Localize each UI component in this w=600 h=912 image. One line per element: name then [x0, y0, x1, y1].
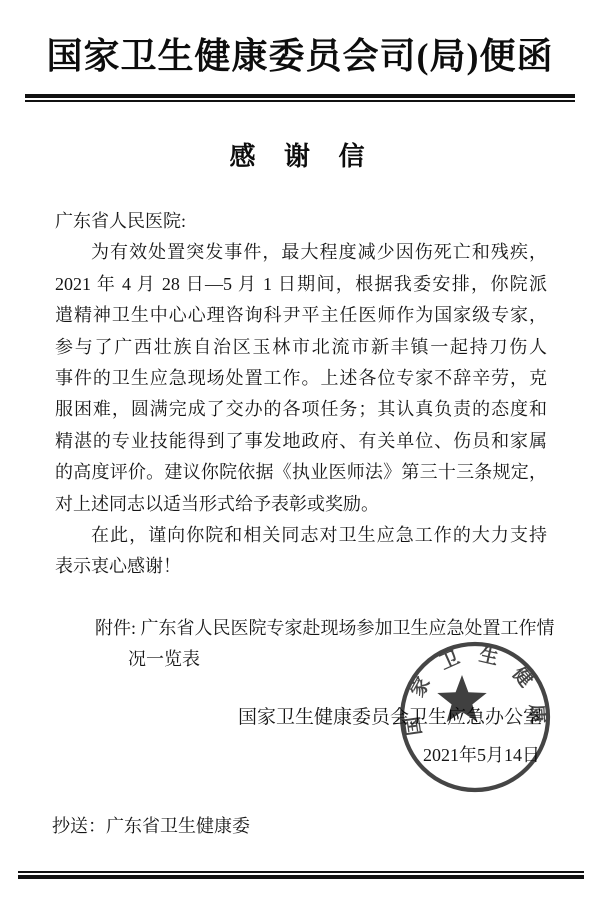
body-line: 表示衷心感谢！ — [55, 551, 547, 582]
body-line: 在此，谨向你院和相关同志对卫生应急工作的大力支持 — [55, 520, 547, 551]
signature-org: 国家卫生健康委员会卫生应急办公室 — [238, 705, 542, 731]
body-line: 参与了广西壮族自治区玉林市北流市新丰镇一起持刀伤人 — [55, 332, 547, 363]
body-line: 2021 年 4 月 28 日—5 月 1 日期间，根据我委安排，你院派 — [55, 269, 547, 300]
footer-divider-thin — [18, 871, 584, 873]
footer-divider-thick — [18, 875, 584, 879]
salutation: 广东省人民医院: — [55, 206, 547, 237]
letterhead-title: 国家卫生健康委员会司(局)便函 — [0, 34, 600, 78]
signature-block: 国家卫生健康委员会卫生应急办公室 2021年5月14日 — [238, 705, 542, 768]
header-divider-thin — [25, 100, 575, 102]
body-line: 遣精神卫生中心心理咨询科尹平主任医师作为国家级专家， — [55, 300, 547, 331]
attachment-note: 附件: 广东省人民医院专家赴现场参加卫生应急处置工作情 况一览表 — [95, 613, 555, 676]
letter-title: 感 谢 信 — [0, 136, 600, 173]
header-divider-thick — [25, 94, 575, 98]
attachment-line-2: 况一览表 — [95, 644, 555, 675]
attachment-line-1: 附件: 广东省人民医院专家赴现场参加卫生应急处置工作情 — [95, 613, 555, 644]
letter-body: 广东省人民医院: 为有效处置突发事件，最大程度减少因伤死亡和残疾， 2021 年… — [55, 206, 547, 583]
body-line: 对上述同志以适当形式给予表彰或奖励。 — [55, 489, 547, 520]
signature-date: 2021年5月14日 — [238, 742, 542, 768]
body-line: 事件的卫生应急现场处置工作。上述各位专家不辞辛劳，克 — [55, 363, 547, 394]
body-line: 服困难，圆满完成了交办的各项任务；其认真负责的态度和 — [55, 394, 547, 425]
body-line: 的高度评价。建议你院依据《执业医师法》第三十三条规定， — [55, 457, 547, 488]
body-line: 为有效处置突发事件，最大程度减少因伤死亡和残疾， — [55, 237, 547, 268]
body-line: 精湛的专业技能得到了事发地政府、有关单位、伤员和家属 — [55, 426, 547, 457]
cc-line: 抄送：广东省卫生健康委 — [52, 812, 250, 838]
letter-page: 国家卫生健康委员会司(局)便函 感 谢 信 广东省人民医院: 为有效处置突发事件… — [0, 0, 600, 912]
